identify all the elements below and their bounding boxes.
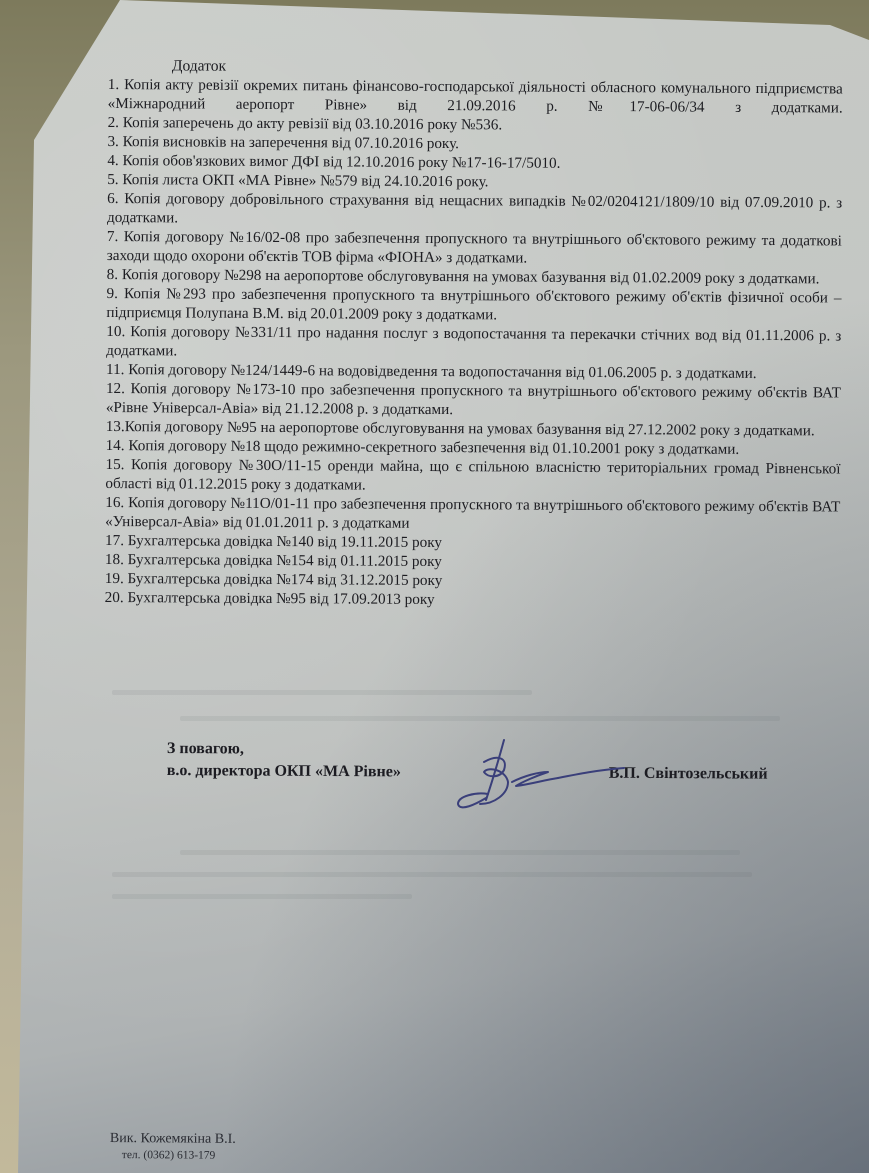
attachment-list: Додаток 1. Копія акту ревізії окремих пи… (105, 56, 843, 611)
list-item: 9. Копія №293 про забезпечення пропускно… (106, 284, 841, 326)
list-item: 15. Копія договору №30О/11-15 оренди май… (105, 455, 840, 497)
list-item: 10. Копія договору №331/11 про надання п… (106, 322, 841, 364)
signer-name: В.П. Свінтозельський (609, 763, 768, 786)
list-item: 1. Копія акту ревізії окремих питань фін… (108, 75, 843, 117)
bleed-through-line (112, 872, 752, 877)
list-item: 12. Копія договору №173-10 про забезпече… (106, 379, 841, 421)
list-item: 7. Копія договору №16/02-08 про забезпеч… (107, 227, 842, 269)
bleed-through-line (180, 716, 780, 721)
bleed-through-line (180, 850, 740, 855)
list-item: 6. Копія договору добровільного страхува… (107, 189, 842, 231)
bleed-through-line (112, 894, 412, 899)
bleed-through-line (112, 690, 532, 695)
executor-phone: тел. (0362) 613-179 (110, 1148, 236, 1163)
handwritten-signature (448, 732, 628, 822)
executor-name: Вик. Кожемякіна В.І. (110, 1130, 236, 1149)
list-item: 16. Копія договору №11О/01-11 про забезп… (105, 493, 840, 535)
footer: Вик. Кожемякіна В.І. тел. (0362) 613-179 (110, 1130, 236, 1163)
